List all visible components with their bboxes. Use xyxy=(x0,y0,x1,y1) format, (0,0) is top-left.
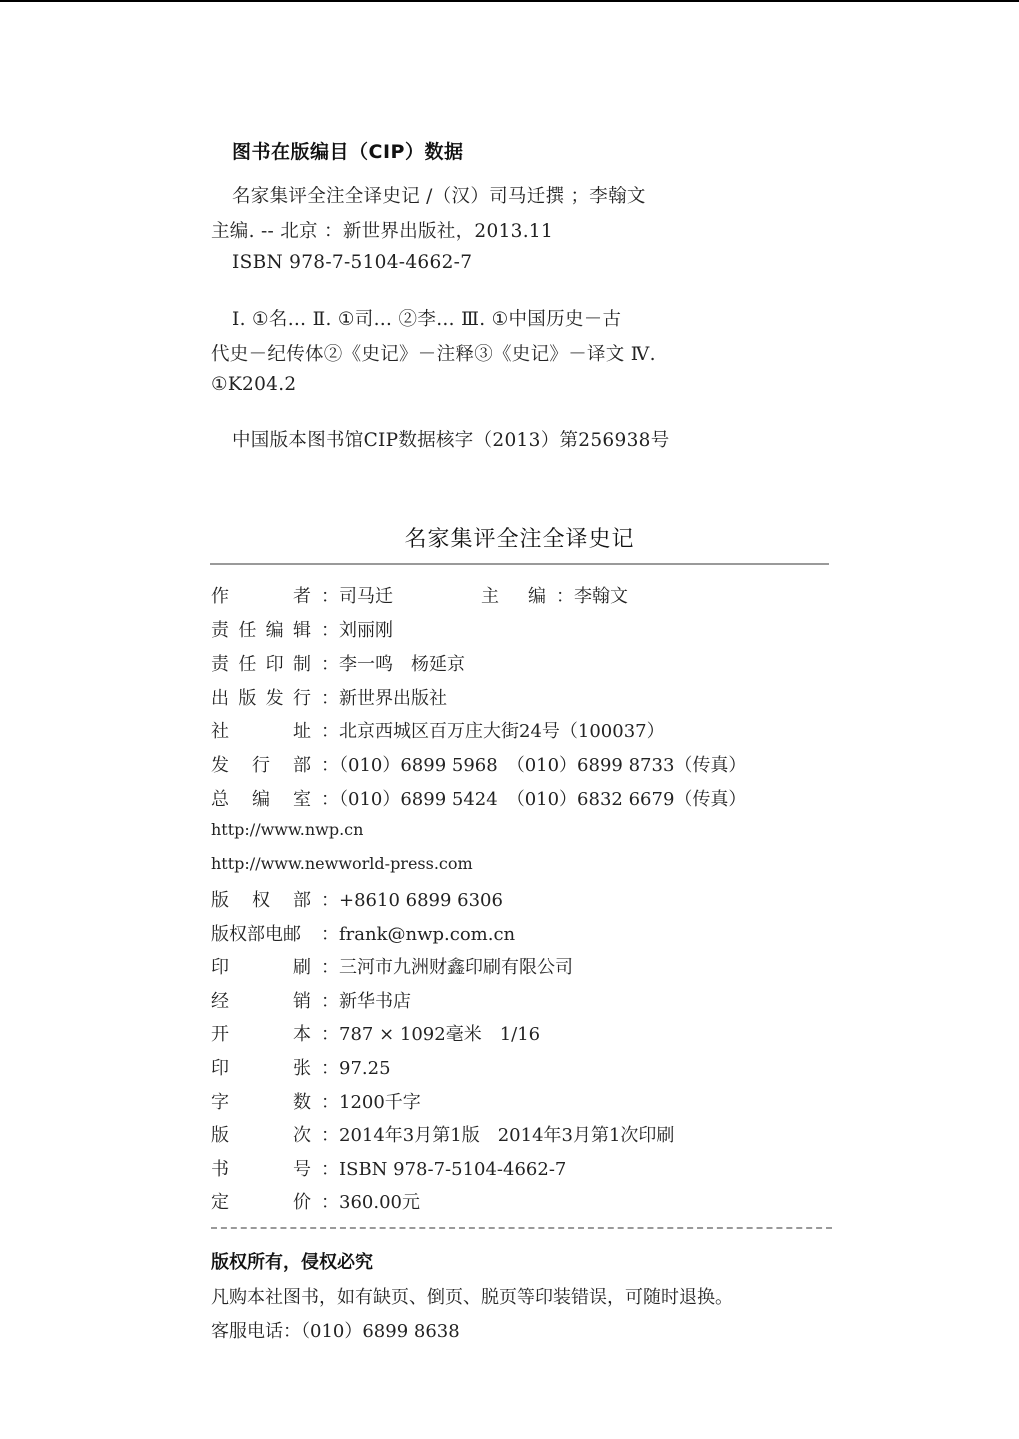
title-divider xyxy=(210,563,829,565)
return-policy-notice: 凡购本社图书，如有缺页、倒页、脱页等印装错误，可随时退换。 xyxy=(211,1283,733,1309)
row-label: 开 本 xyxy=(211,1020,311,1046)
dashed-divider xyxy=(211,1227,832,1229)
book-title: 名家集评全注全译史记 xyxy=(0,522,1019,553)
website-link-nwp[interactable]: http://www.nwp.cn xyxy=(211,820,363,839)
row-label: 发 行 部 xyxy=(211,751,311,777)
author-value: ：司马迁 xyxy=(321,582,393,608)
printer-value: ：三河市九洲财鑫印刷有限公司 xyxy=(321,953,573,979)
distributor-value: ：新华书店 xyxy=(321,987,411,1013)
row-label: 版权部电邮 xyxy=(211,920,311,946)
isbn-value: ：ISBN 978-7-5104-4662-7 xyxy=(321,1155,566,1181)
cip-heading: 图书在版编目（CIP）数据 xyxy=(232,137,463,164)
row-label: 版 权 部 xyxy=(211,886,311,912)
row-label: 责 任 编 辑 xyxy=(211,616,311,642)
row-label: 作 者 xyxy=(211,582,311,608)
page-top-border xyxy=(0,0,1019,2)
sheets-value: ：97.25 xyxy=(321,1054,391,1080)
responsible-editor-value: ：刘丽刚 xyxy=(321,616,393,642)
cip-isbn-line: ISBN 978-7-5104-4662-7 xyxy=(232,252,472,273)
cip-classification-line: 代史－纪传体②《史记》－注释③《史记》－译文 Ⅳ. xyxy=(211,340,656,366)
row-label: 印 刷 xyxy=(211,953,311,979)
publisher-value: ：新世界出版社 xyxy=(321,684,447,710)
row-label: 责 任 印 制 xyxy=(211,650,311,676)
chief-editor-value: ：李翰文 xyxy=(556,582,628,608)
chief-editor-label: 主 编 xyxy=(481,582,546,608)
row-label: 版 次 xyxy=(211,1121,311,1147)
row-label: 定 价 xyxy=(211,1188,311,1214)
website-link-newworld-press[interactable]: http://www.newworld-press.com xyxy=(211,854,473,873)
cip-line: 主编. -- 北京 ：新世界出版社，2013.11 xyxy=(211,217,553,243)
cip-record-number: 中国版本图书馆CIP数据核字（2013）第256938号 xyxy=(232,426,670,452)
row-label: 总 编 室 xyxy=(211,785,311,811)
editorial-office-value: ：（010）6899 5424 （010）6832 6679（传真） xyxy=(321,785,746,811)
copyright-dept-value: ：+8610 6899 6306 xyxy=(321,886,503,912)
address-value: ：北京西城区百万庄大街24号（100037） xyxy=(321,717,665,743)
row-label: 社 址 xyxy=(211,717,311,743)
cip-line: 名家集评全注全译史记 /（汉）司马迁撰 ；李翰文 xyxy=(232,182,646,208)
cip-classification-line: ①K204.2 xyxy=(211,374,296,395)
responsible-printing-value: ：李一鸣 杨延京 xyxy=(321,650,465,676)
word-count-value: ：1200千字 xyxy=(321,1088,421,1114)
edition-value: ：2014年3月第1版 2014年3月第1次印刷 xyxy=(321,1121,674,1147)
row-label: 字 数 xyxy=(211,1088,311,1114)
cip-classification-line: Ⅰ. ①名… Ⅱ. ①司… ②李… Ⅲ. ①中国历史－古 xyxy=(232,305,621,331)
row-label: 印 张 xyxy=(211,1054,311,1080)
copyright-email-value[interactable]: ：frank@nwp.com.cn xyxy=(321,920,515,946)
distribution-dept-value: ：（010）6899 5968 （010）6899 8733（传真） xyxy=(321,751,746,777)
row-label: 出 版 发 行 xyxy=(211,684,311,710)
row-label: 经 销 xyxy=(211,987,311,1013)
rights-heading: 版权所有，侵权必究 xyxy=(211,1248,373,1274)
customer-service-phone: 客服电话：（010）6899 8638 xyxy=(211,1317,460,1343)
price-value: ：360.00元 xyxy=(321,1188,420,1214)
format-value: ：787 × 1092毫米 1/16 xyxy=(321,1020,540,1046)
row-label: 书 号 xyxy=(211,1155,311,1181)
